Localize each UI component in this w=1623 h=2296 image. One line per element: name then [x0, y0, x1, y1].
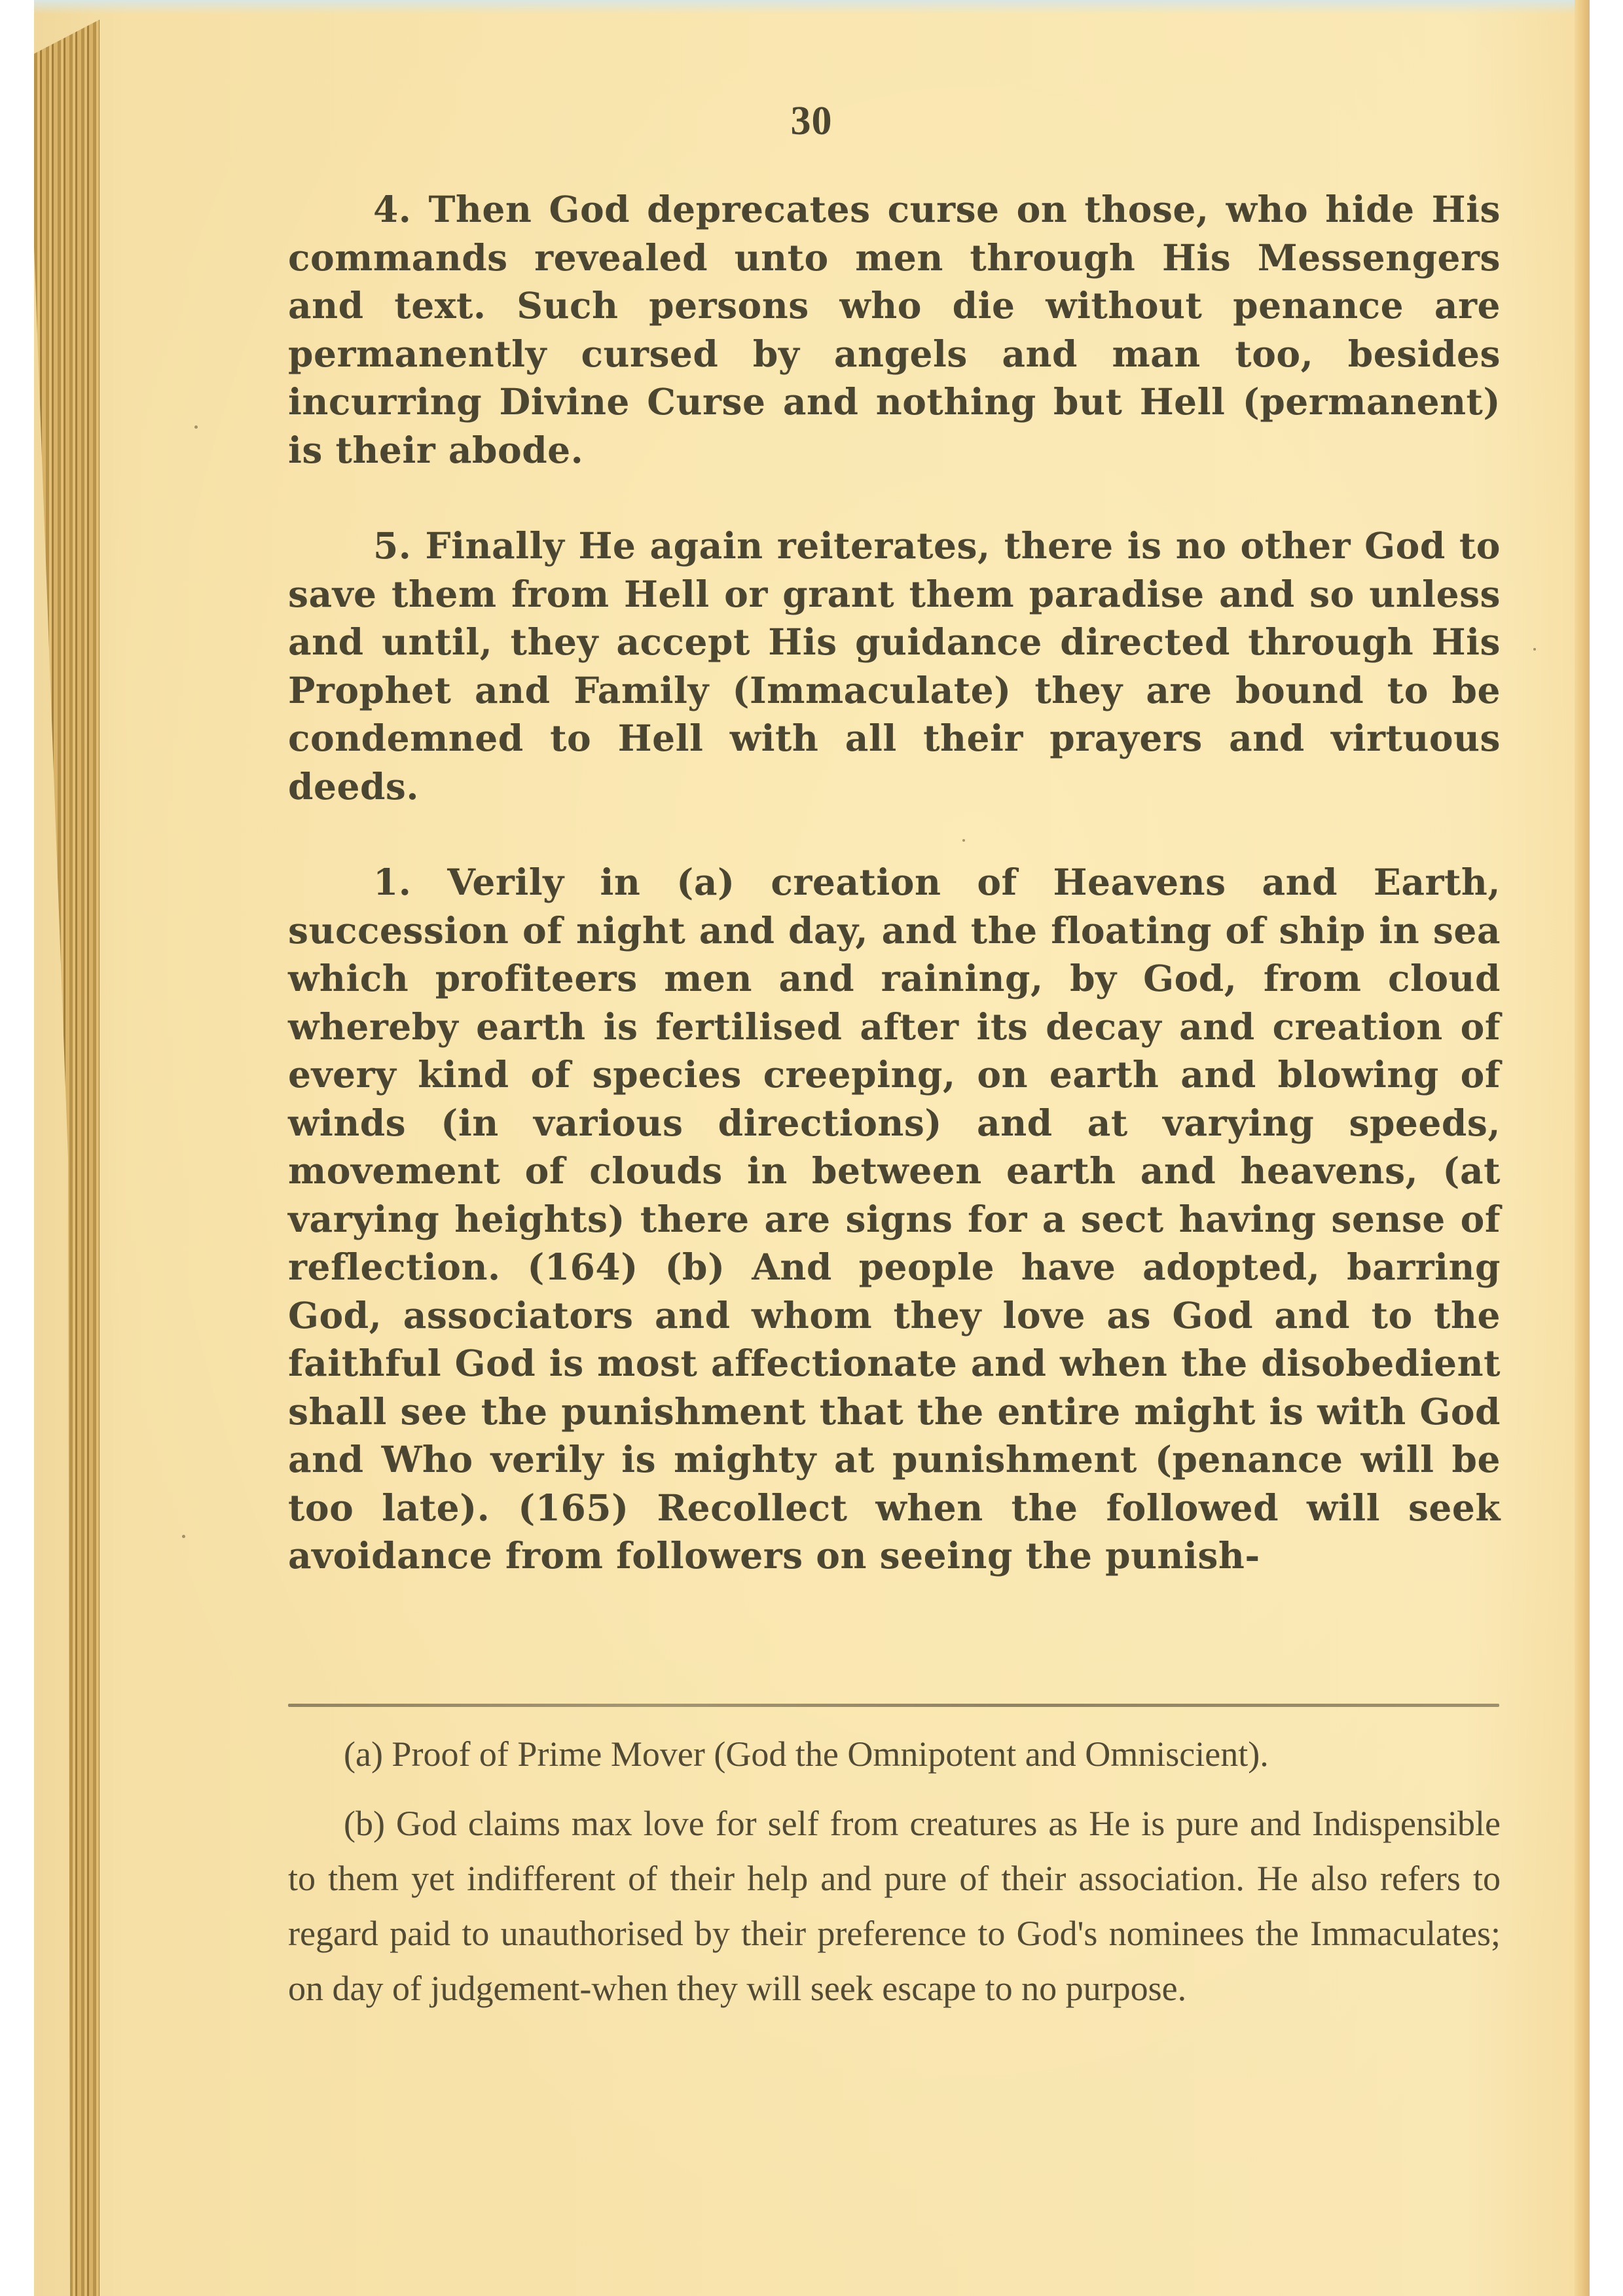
main-text: 4. Then God deprecates curse on those, w… — [288, 185, 1501, 1580]
paper-speck — [1533, 648, 1536, 651]
paper-speck — [194, 425, 198, 429]
paragraph-1-verse-164-165: 1. Verily in (a) creation of Heavens and… — [288, 858, 1501, 1580]
page-right-edge — [1575, 0, 1590, 2296]
paragraph-5: 5. Finally He again reiterates, there is… — [288, 522, 1501, 810]
paragraph-4: 4. Then God deprecates curse on those, w… — [288, 185, 1501, 474]
footnote-a: (a) Proof of Prime Mover (God the Omnipo… — [288, 1727, 1501, 1782]
paper-speck — [182, 1535, 185, 1538]
footnotes: (a) Proof of Prime Mover (God the Omnipo… — [288, 1727, 1501, 2030]
scan-top-shadow — [34, 0, 1590, 14]
footnote-b: (b) God claims max love for self from cr… — [288, 1796, 1501, 2016]
paper-speck — [962, 839, 965, 842]
footnote-divider — [288, 1704, 1499, 1707]
page-number: 30 — [0, 98, 1623, 145]
